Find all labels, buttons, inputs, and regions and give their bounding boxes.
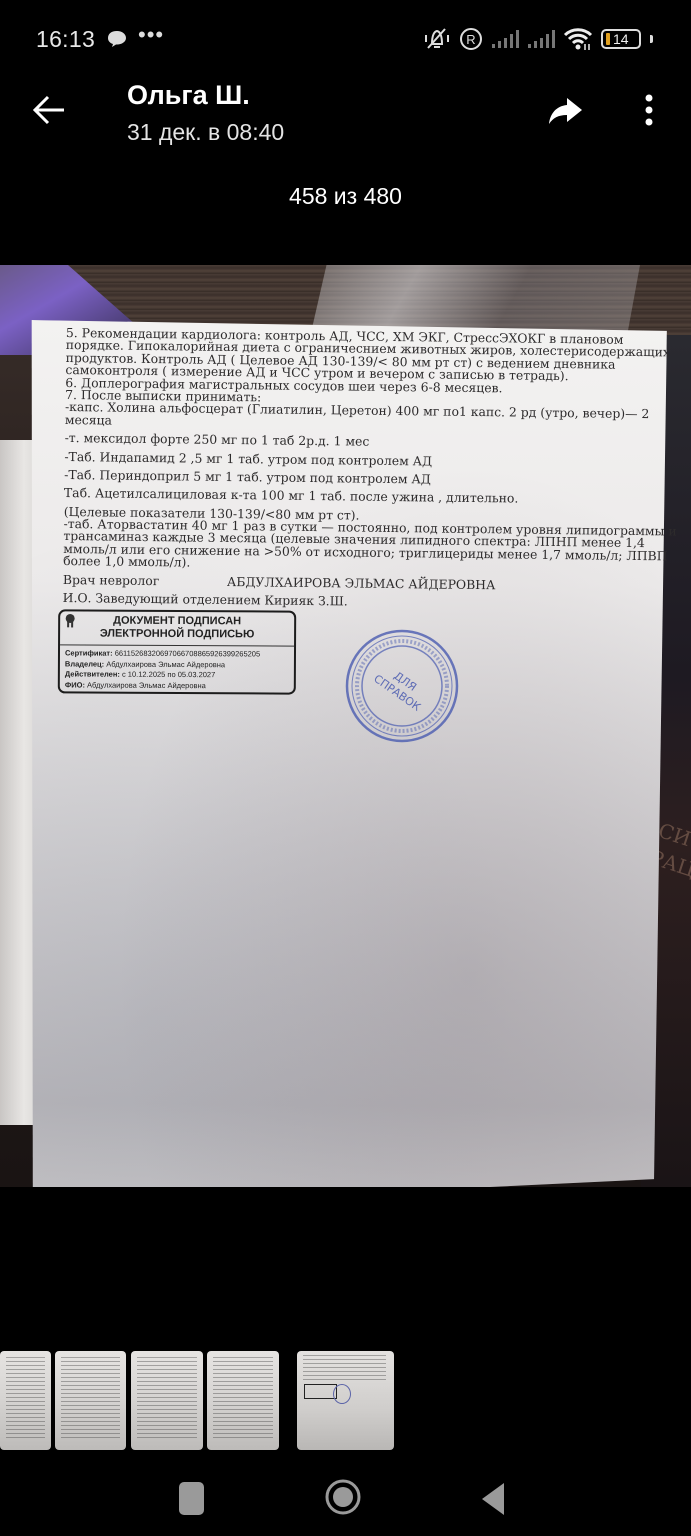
- esign-header: ДОКУМЕНТ ПОДПИСАН ЭЛЕКТРОННОЙ ПОДПИСЬЮ: [60, 611, 294, 646]
- sender-name: Ольга Ш.: [127, 80, 250, 111]
- status-bar: 16:13 ••• R: [0, 0, 691, 78]
- wifi-icon: [563, 27, 593, 51]
- vibrate-silent-icon: [423, 26, 451, 52]
- thumbnail-item[interactable]: [55, 1351, 126, 1450]
- med-line: -т. мексидол форте 250 мг по 1 таб 2р.д.…: [65, 432, 640, 451]
- battery-percent: 14: [613, 31, 629, 47]
- thumbnail-item[interactable]: [0, 1351, 51, 1450]
- esign-title-2: ЭЛЕКТРОННОЙ ПОДПИСЬЮ: [60, 627, 294, 641]
- valid-value: с 10.12.2025 по 05.03.2027: [122, 670, 215, 679]
- doctor-name: АБДУЛХАИРОВА ЭЛЬМАС АЙДЕРОВНА: [227, 576, 496, 592]
- cert-label: Сертификат:: [65, 648, 113, 657]
- owner-value: Абдулхаирова Эльмас Айдеровна: [106, 659, 225, 669]
- back-triangle-icon[interactable]: [481, 1482, 505, 1516]
- message-date: 31 дек. в 08:40: [127, 119, 284, 146]
- signal-sim1-icon: [491, 29, 519, 49]
- more-options-button[interactable]: [638, 92, 660, 128]
- doctor-role: Врач невролог: [63, 574, 227, 588]
- battery-level-bar: [606, 33, 610, 45]
- esign-title-1: ДОКУМЕНТ ПОДПИСАН: [60, 614, 294, 628]
- recents-square-icon[interactable]: [179, 1482, 204, 1515]
- message-notification-icon: [107, 30, 127, 48]
- more-vertical-icon: [646, 95, 653, 126]
- thumbnail-item[interactable]: [207, 1351, 279, 1450]
- share-forward-icon: [549, 98, 582, 124]
- thumbnail-item[interactable]: [131, 1351, 203, 1450]
- thumb-stamp: [333, 1384, 351, 1404]
- seal-icon: [64, 613, 76, 627]
- battery-icon: 14: [601, 29, 641, 49]
- electronic-signature-box: ДОКУМЕНТ ПОДПИСАН ЭЛЕКТРОННОЙ ПОДПИСЬЮ С…: [58, 609, 296, 694]
- home-circle-icon[interactable]: [325, 1479, 361, 1515]
- arrow-left-icon: [35, 97, 64, 123]
- roaming-r-icon: R: [459, 27, 483, 51]
- status-icons: R 14: [423, 24, 653, 54]
- cert-value: 66115268320697066708865926399265205: [115, 649, 260, 659]
- valid-label: Действителен:: [65, 669, 120, 678]
- med-line: -Таб. Индапамид 2 ,5 мг 1 таб. утром под…: [64, 451, 639, 470]
- med-line: Таб. Ацетилсалициловая к-та 100 мг 1 таб…: [64, 487, 639, 506]
- svg-text:R: R: [466, 32, 475, 47]
- viewer-header: Ольга Ш. 31 дек. в 08:40: [0, 78, 691, 158]
- share-button[interactable]: [545, 94, 585, 128]
- document-text: 5. Рекомендации кардиолога: контроль АД,…: [63, 327, 641, 611]
- esign-details: Сертификат: 6611526832069706670886592639…: [60, 645, 294, 694]
- battery-tip: [650, 35, 653, 43]
- clock: 16:13: [36, 26, 95, 53]
- thumbnail-item-current[interactable]: [297, 1351, 394, 1450]
- fio-value: Абдулхаирова Эльмас Айдеровна: [87, 680, 206, 690]
- photo-counter: 458 из 480: [0, 183, 691, 210]
- system-navigation-bar: [0, 1460, 691, 1536]
- back-button[interactable]: [30, 92, 70, 128]
- thumbnail-strip: [0, 1351, 691, 1450]
- thumb-esign-box: [304, 1384, 337, 1399]
- signal-sim2-icon: [527, 29, 555, 49]
- owner-label: Владелец:: [65, 659, 104, 668]
- fio-label: ФИО:: [65, 680, 85, 689]
- stamp-for-references: ДЛЯ СПРАВОК: [344, 628, 460, 744]
- more-notifications-icon: •••: [138, 22, 164, 48]
